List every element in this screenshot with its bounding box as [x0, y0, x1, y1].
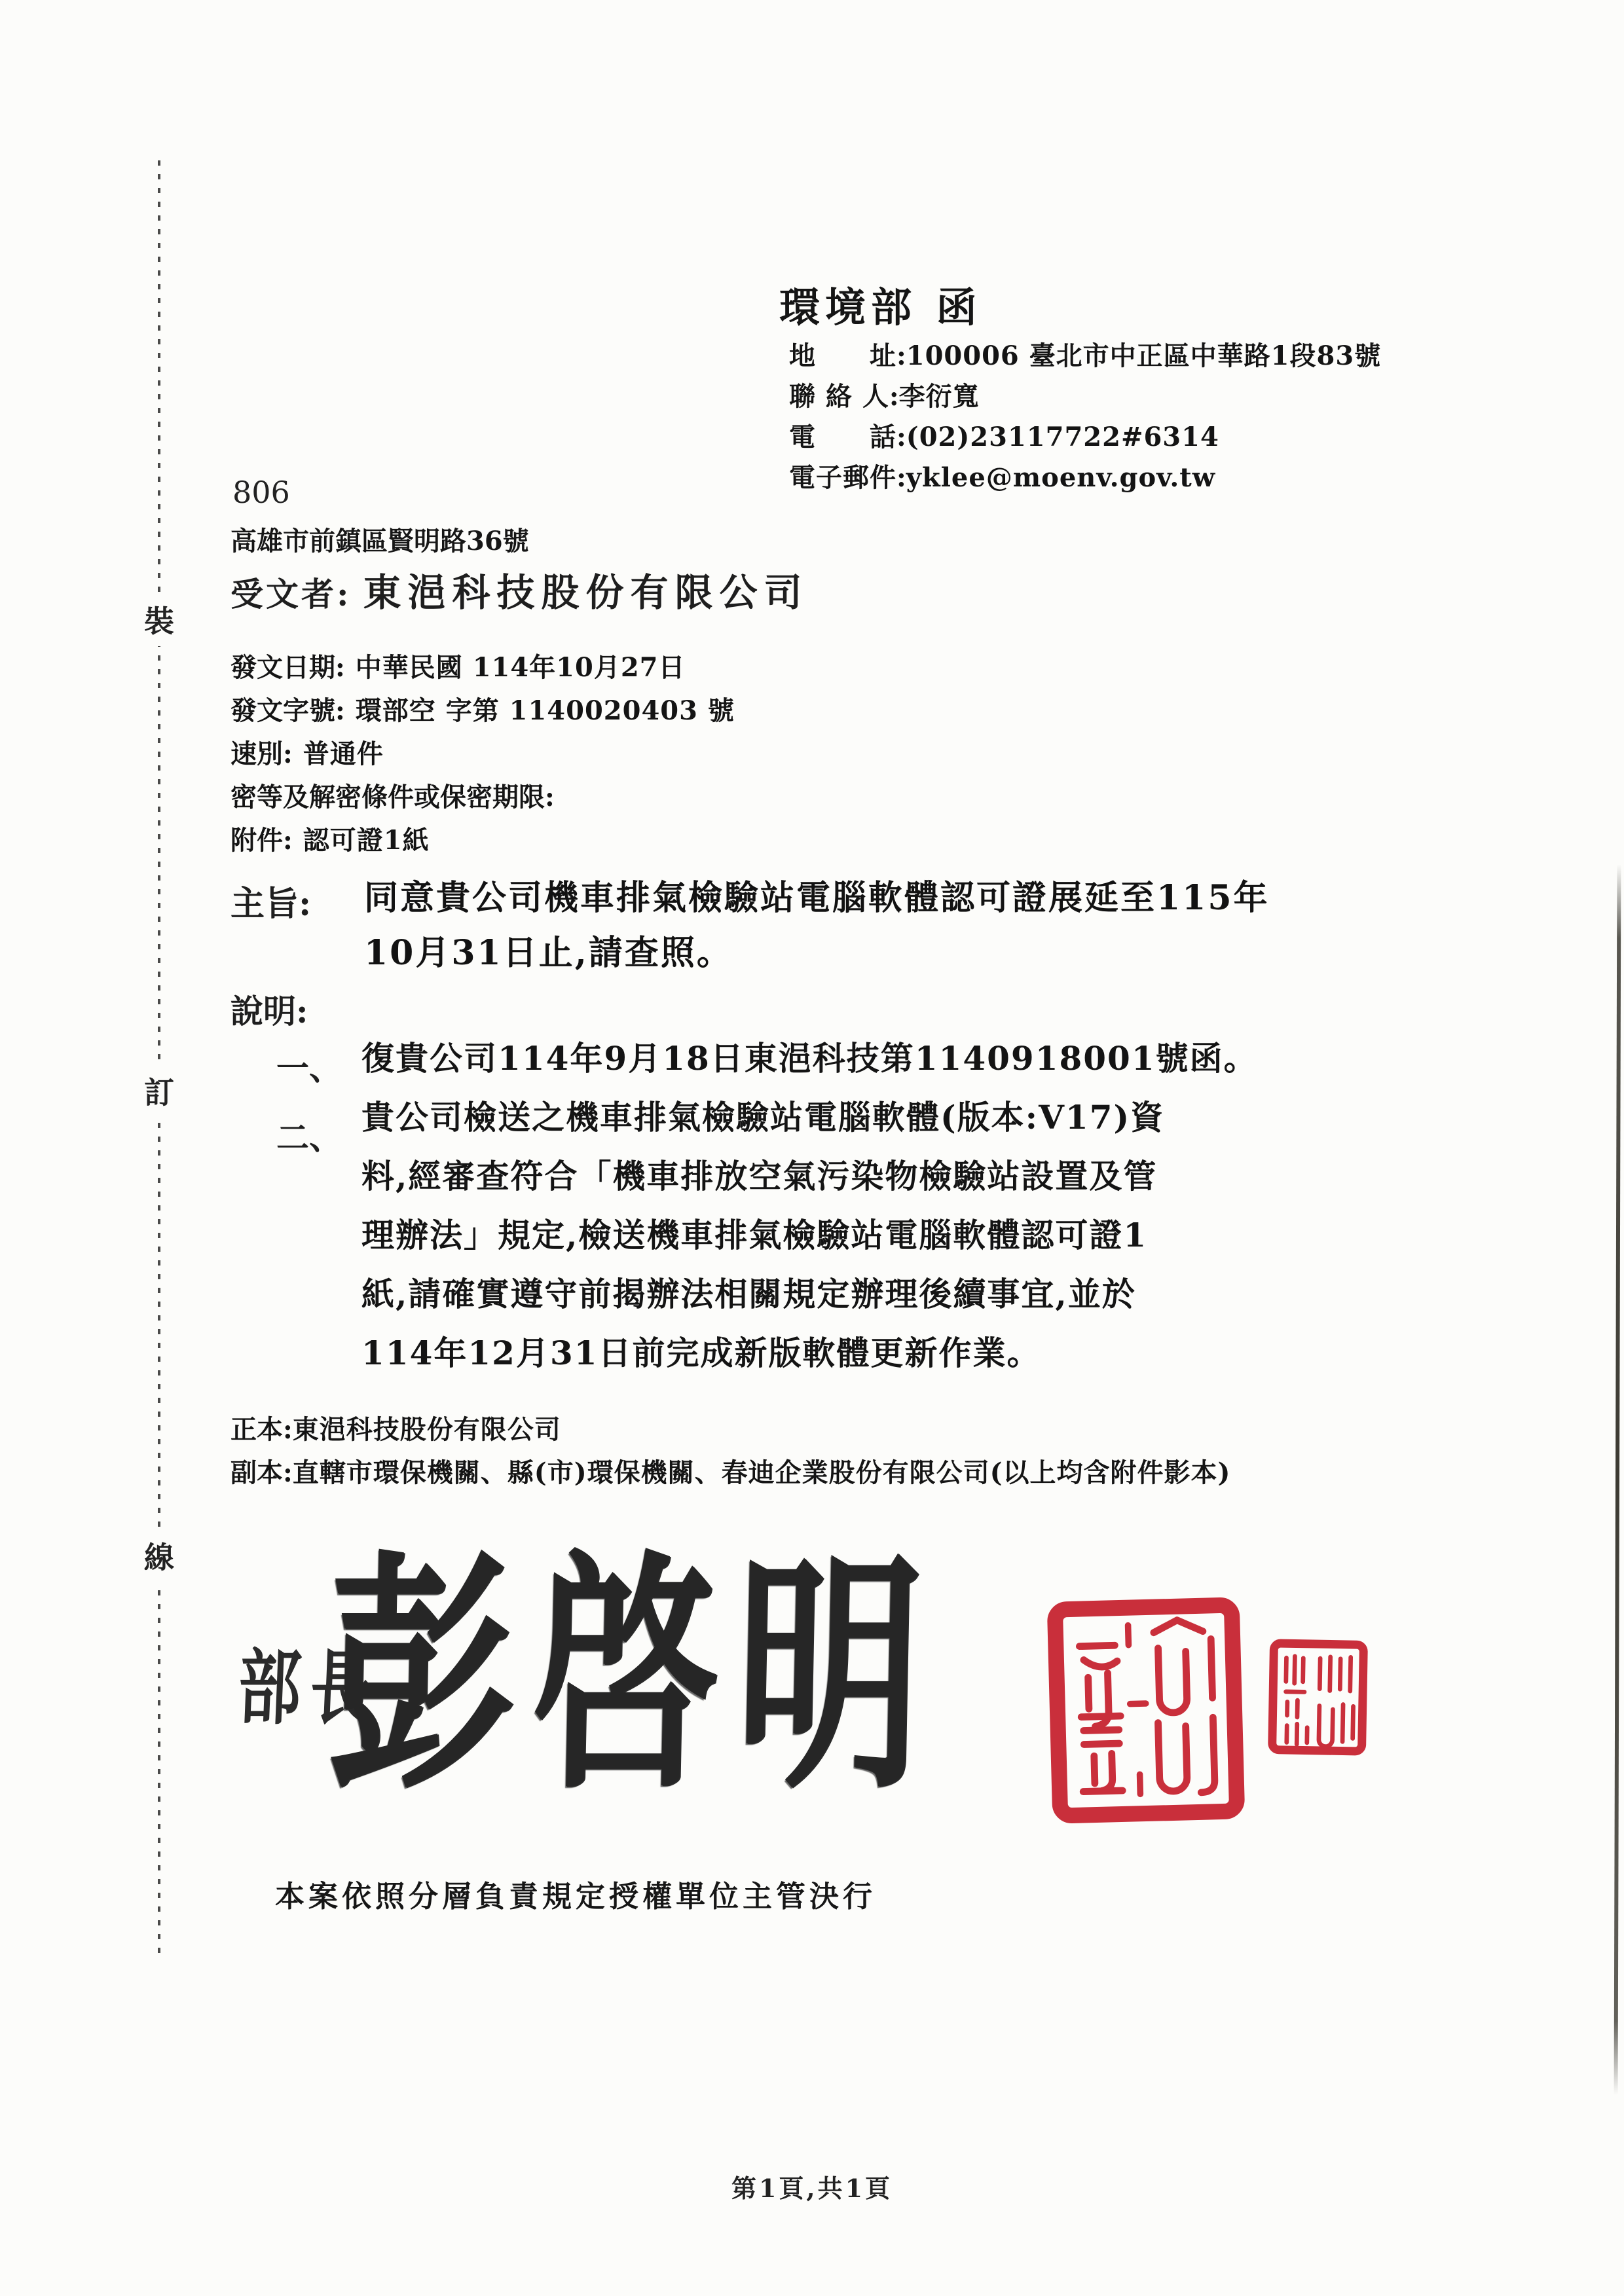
contact-value: 李衍寬: [899, 376, 980, 413]
agency-title: 環境部 函: [779, 275, 982, 333]
explanation-line: 114年12月31日前完成新版軟體更新作業。: [361, 1324, 1164, 1383]
meta-row-attachment: 附件:認可證1紙: [231, 820, 735, 863]
contact-row-person: 聯 絡 人:李衍寬: [789, 376, 1381, 416]
colon: :: [889, 381, 899, 412]
meta-label: 發文日期:: [231, 647, 345, 684]
explanation-item1-no: 一、: [276, 1042, 342, 1089]
scan-edge-artifact: [1614, 864, 1621, 2095]
subject-line: 同意貴公司機車排氣檢驗站電腦軟體認可證展延至115年: [364, 871, 1270, 926]
explanation-line: 料,經審查符合「機車排放空氣污染物檢驗站設置及管: [361, 1147, 1164, 1206]
colon: :: [896, 340, 906, 371]
meta-value: 認可證1紙: [303, 820, 430, 857]
cc-copy-value: 直轄市環保機關、縣(市)環保機關、春迪企業股份有限公司(以上均含附件影本): [293, 1452, 1231, 1489]
recipient-address: 高雄市前鎮區賢明路36號: [231, 520, 529, 558]
original-copy-row: 正本:東浥科技股份有限公司: [231, 1409, 561, 1452]
official-seal-small-icon: [1266, 1636, 1369, 1759]
contact-row-address: 地 址:100006 臺北市中正區中華路1段83號: [789, 335, 1381, 376]
recipient-label: 受文者:: [231, 568, 351, 615]
cc-copy-row: 副本:直轄市環保機關、縣(市)環保機關、春迪企業股份有限公司(以上均含附件影本): [231, 1452, 1230, 1495]
contact-value: (02)23117722#6314: [906, 422, 1219, 452]
contact-label: 電子郵件: [789, 457, 896, 494]
meta-value: 普通件: [303, 733, 384, 771]
contact-row-email: 電子郵件:yklee@moenv.gov.tw: [789, 457, 1381, 498]
contact-row-phone: 電 話:(02)23117722#6314: [789, 416, 1381, 457]
explanation-line: 理辦法」規定,檢送機車排氣檢驗站電腦軟體認可證1: [361, 1206, 1164, 1265]
explanation-label: 說明:: [231, 985, 308, 1032]
contact-label: 聯 絡 人: [789, 376, 889, 413]
meta-row-number: 發文字號:環部空 字第 1140020403 號: [231, 690, 735, 733]
recipient-name: 東浥科技股份有限公司: [363, 562, 808, 617]
page-number: 第1頁,共1頁: [0, 2168, 1624, 2204]
minister-signature: 彭啓明: [326, 1550, 942, 1800]
cc-copy-label: 副本:: [231, 1452, 293, 1489]
contact-label: 地 址: [789, 335, 896, 373]
original-copy-label: 正本:: [231, 1409, 293, 1446]
meta-row-speed: 速別:普通件: [231, 733, 735, 776]
explanation-item2-body: 貴公司檢送之機車排氣檢驗站電腦軟體(版本:V17)資 料,經審查符合「機車排放空…: [361, 1088, 1164, 1383]
explanation-line: 復貴公司114年9月18日東浥科技第1140918001號函。: [361, 1029, 1258, 1088]
postal-code: 806: [232, 475, 290, 510]
scanned-official-letter: 裝 訂 線 環境部 函 地 址:100006 臺北市中正區中華路1段83號 聯 …: [0, 0, 1624, 2296]
explanation-line: 紙,請確實遵守前揭辦法相關規定辦理後續事宜,並於: [361, 1265, 1164, 1324]
meta-label: 附件:: [231, 820, 293, 857]
contact-value: yklee@moenv.gov.tw: [906, 462, 1215, 493]
explanation-item2-no: 二、: [276, 1112, 342, 1159]
meta-label: 發文字號:: [231, 690, 345, 727]
meta-value: 中華民國 114年10月27日: [356, 647, 686, 684]
official-seal-large-icon: [1045, 1595, 1247, 1826]
contact-label: 電 話: [789, 416, 896, 454]
meta-label: 速別:: [231, 733, 293, 771]
subject-body: 同意貴公司機車排氣檢驗站電腦軟體認可證展延至115年 10月31日止,請查照。: [364, 871, 1270, 981]
meta-label: 密等及解密條件或保密期限:: [231, 776, 555, 814]
explanation-item1-body: 復貴公司114年9月18日東浥科技第1140918001號函。: [361, 1029, 1258, 1088]
colon: :: [896, 462, 906, 493]
subject-line: 10月31日止,請查照。: [364, 926, 1270, 981]
explanation-line: 貴公司檢送之機車排氣檢驗站電腦軟體(版本:V17)資: [361, 1088, 1164, 1147]
binding-mark-ding: 訂: [144, 1064, 174, 1118]
delegation-note: 本案依照分層負責規定授權單位主管決行: [275, 1872, 876, 1915]
binding-mark-zhuang: 裝: [144, 592, 174, 646]
subject-label: 主旨:: [231, 876, 311, 925]
colon: :: [896, 422, 906, 452]
meta-value: 環部空 字第 1140020403 號: [356, 690, 735, 727]
meta-row-date: 發文日期:中華民國 114年10月27日: [231, 647, 735, 690]
recipient-row: 受文者: 東浥科技股份有限公司: [231, 562, 808, 617]
meta-block: 發文日期:中華民國 114年10月27日 發文字號:環部空 字第 1140020…: [231, 647, 735, 863]
contact-value: 100006 臺北市中正區中華路1段83號: [906, 335, 1381, 373]
binding-mark-xian: 線: [144, 1529, 174, 1582]
meta-row-secrecy: 密等及解密條件或保密期限:: [231, 776, 735, 820]
binding-dotted-line: [158, 160, 160, 1958]
original-copy-value: 東浥科技股份有限公司: [293, 1409, 561, 1446]
header-contact-block: 地 址:100006 臺北市中正區中華路1段83號 聯 絡 人:李衍寬 電 話:…: [789, 335, 1381, 498]
